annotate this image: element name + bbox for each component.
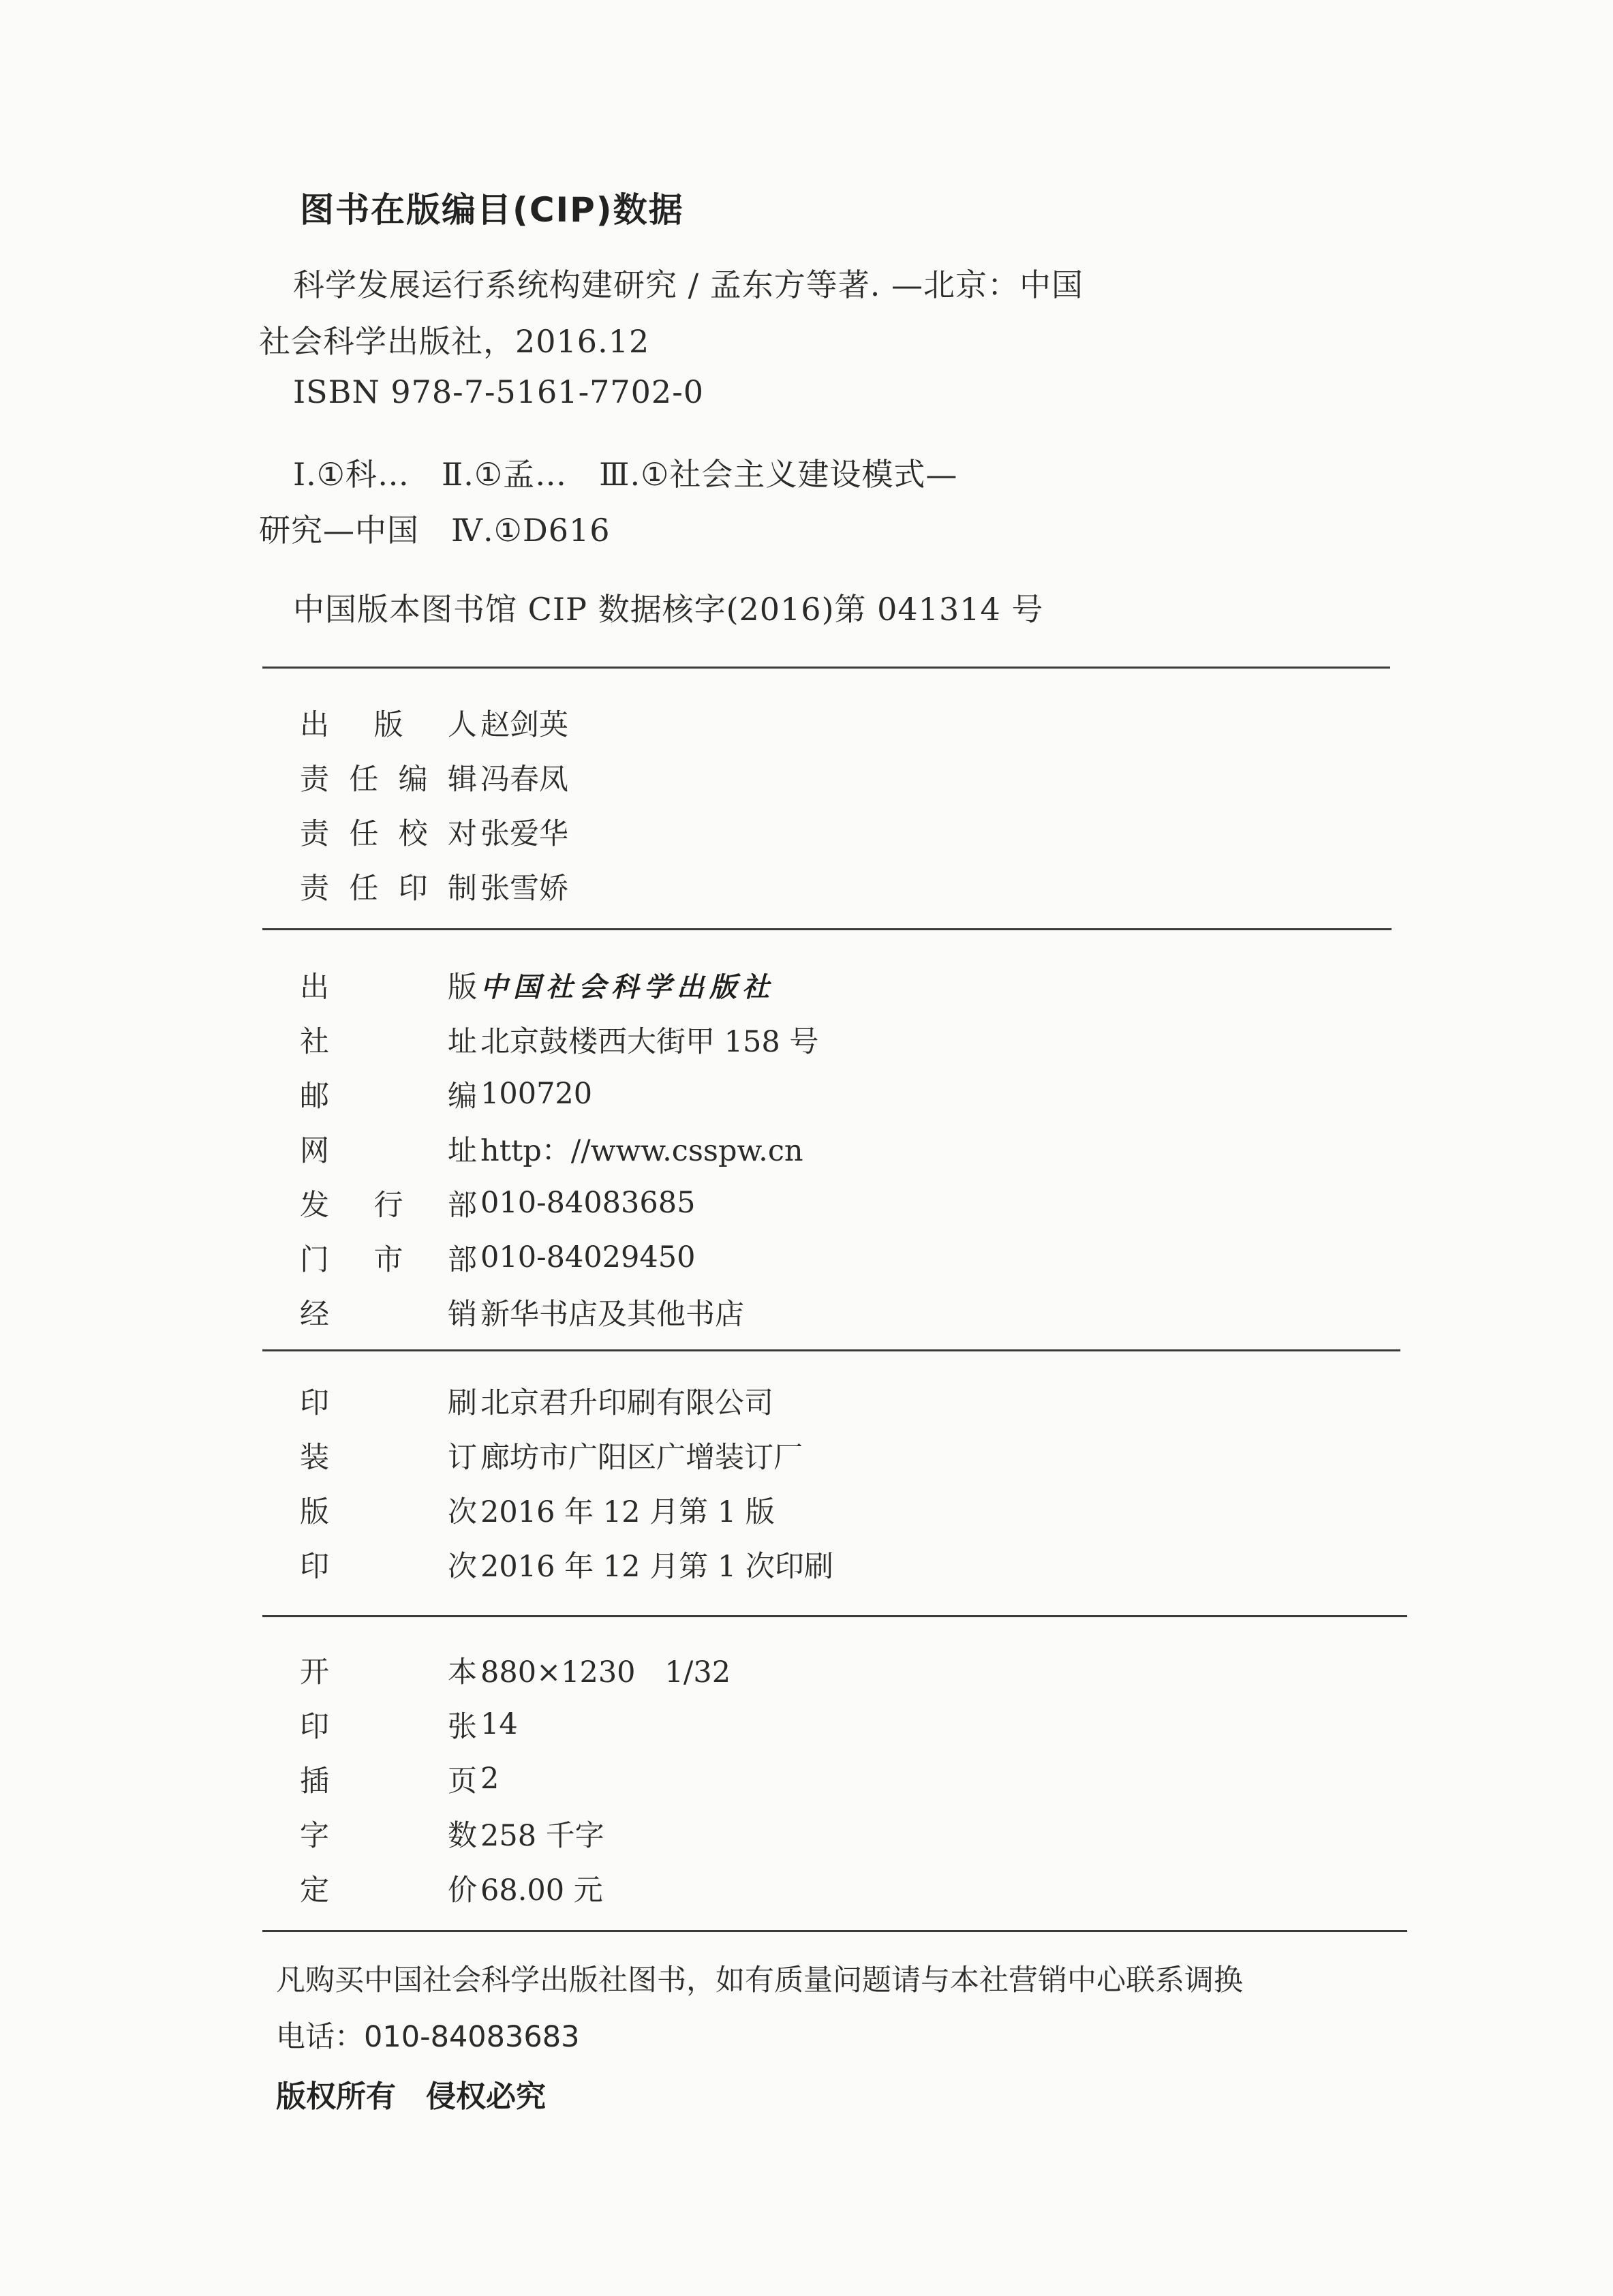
field-value: 新华书店及其他书店 (480, 1291, 744, 1333)
field-label-char: 印 (399, 866, 428, 907)
field-label: 责任编辑 (300, 756, 477, 798)
field-label: 插页 (300, 1758, 477, 1800)
cip-approval-number: 中国版本图书馆 CIP 数据核字(2016)第 041314 号 (293, 585, 1043, 630)
field-value: 北京鼓楼西大街甲 158 号 (480, 1019, 818, 1060)
publisher-info-row: 邮编100720 (300, 1073, 477, 1114)
field-label-char: 部 (448, 1182, 477, 1224)
field-label-char: 开 (300, 1649, 329, 1691)
field-label-char: 装 (300, 1435, 329, 1476)
publisher-info-row: 社址北京鼓楼西大街甲 158 号 (300, 1019, 477, 1060)
field-label-char: 数 (448, 1813, 477, 1854)
divider (262, 1349, 1400, 1351)
field-label-char: 任 (349, 756, 378, 798)
publisher-logo: 中国社会科学出版社 (480, 966, 775, 1005)
cip-isbn: ISBN 978-7-5161-7702-0 (293, 373, 704, 410)
field-value: 张爱华 (480, 811, 568, 853)
field-label-char: 门 (300, 1237, 329, 1279)
field-label-char: 制 (448, 866, 477, 907)
field-label: 邮编 (300, 1073, 477, 1115)
field-label-char: 印 (300, 1380, 329, 1422)
field-value: 廊坊市广阳区广增装订厂 (480, 1435, 803, 1476)
field-value: 赵剑英 (480, 702, 568, 744)
publisher-info-row: 出版中国社会科学出版社 (300, 964, 477, 1005)
spec-info-row: 字数258 千字 (300, 1813, 477, 1854)
field-value: 2016 年 12 月第 1 次印刷 (480, 1544, 833, 1585)
field-label-char: 次 (448, 1544, 477, 1585)
cip-title-line-1: 科学发展运行系统构建研究 / 孟东方等著. —北京：中国 (293, 260, 1084, 305)
field-label-char: 部 (448, 1237, 477, 1279)
printing-info-row: 版次2016 年 12 月第 1 版 (300, 1489, 477, 1530)
field-label: 责任印制 (300, 866, 477, 907)
spec-info-row: 插页2 (300, 1758, 477, 1799)
field-label-char: 任 (349, 811, 378, 853)
staff-row: 责任校对张爱华 (300, 811, 477, 852)
field-label-char: 销 (448, 1291, 477, 1333)
quality-notice: 凡购买中国社会科学出版社图书，如有质量问题请与本社营销中心联系调换 (276, 1957, 1243, 1999)
field-label-char: 价 (448, 1867, 477, 1909)
field-value: 2 (480, 1762, 499, 1796)
field-label: 印刷 (300, 1380, 477, 1422)
field-label-char: 刷 (448, 1380, 477, 1422)
publisher-info-row: 门市部010-84029450 (300, 1237, 477, 1278)
field-label-char: 市 (374, 1237, 403, 1279)
field-label: 开本 (300, 1649, 477, 1691)
field-label-char: 编 (399, 756, 428, 798)
divider (262, 667, 1390, 669)
field-label-char: 定 (300, 1867, 329, 1909)
field-label-char: 出 (300, 702, 329, 744)
field-value: 010-84083685 (480, 1186, 695, 1220)
spec-info-row: 定价68.00 元 (300, 1867, 477, 1908)
field-label: 印张 (300, 1704, 477, 1745)
field-label-char: 邮 (300, 1073, 329, 1115)
field-label: 装订 (300, 1435, 477, 1476)
field-label-char: 址 (448, 1128, 477, 1169)
field-label-char: 本 (448, 1649, 477, 1691)
field-label-char: 址 (448, 1019, 477, 1060)
spec-info-row: 开本880×1230 1/32 (300, 1649, 477, 1690)
printing-info-row: 印次2016 年 12 月第 1 次印刷 (300, 1544, 477, 1585)
field-label-char: 印 (300, 1544, 329, 1585)
field-label-char: 页 (448, 1758, 477, 1800)
field-label-char: 网 (300, 1128, 329, 1169)
field-value: 258 千字 (480, 1813, 604, 1854)
field-label-char: 责 (300, 756, 329, 798)
field-value: 张雪娇 (480, 866, 568, 907)
field-label-char: 张 (448, 1704, 477, 1745)
field-label: 责任校对 (300, 811, 477, 853)
field-label: 版次 (300, 1489, 477, 1531)
field-value: 880×1230 1/32 (480, 1649, 731, 1691)
field-label: 定价 (300, 1867, 477, 1909)
field-value: 北京君升印刷有限公司 (480, 1380, 773, 1422)
field-label-char: 订 (448, 1435, 477, 1476)
field-label-char: 责 (300, 866, 329, 907)
divider (262, 1615, 1407, 1617)
divider (262, 928, 1392, 930)
field-value: http：//www.csspw.cn (480, 1128, 803, 1169)
spec-info-row: 印张14 (300, 1704, 477, 1745)
field-label-char: 发 (300, 1182, 329, 1224)
field-label-char: 行 (374, 1182, 403, 1224)
printing-info-row: 印刷北京君升印刷有限公司 (300, 1380, 477, 1421)
staff-row: 责任编辑冯春凤 (300, 756, 477, 797)
field-label-char: 版 (448, 964, 477, 1006)
field-label-char: 插 (300, 1758, 329, 1800)
field-label: 印次 (300, 1544, 477, 1585)
field-label: 字数 (300, 1813, 477, 1854)
field-label: 网址 (300, 1128, 477, 1169)
field-value: 14 (480, 1707, 518, 1741)
field-value: 68.00 元 (480, 1867, 603, 1909)
field-value: 100720 (480, 1077, 592, 1111)
field-label-char: 责 (300, 811, 329, 853)
field-label-char: 版 (300, 1489, 329, 1531)
cip-classification-line-2: 研究—中国 Ⅳ.①D616 (259, 506, 611, 551)
field-label: 门市部 (300, 1237, 477, 1279)
publisher-info-row: 经销新华书店及其他书店 (300, 1291, 477, 1332)
cip-classification-line-1: Ⅰ.①科… Ⅱ.①孟… Ⅲ.①社会主义建设模式— (293, 450, 957, 495)
divider (262, 1930, 1407, 1932)
publisher-info-row: 网址http：//www.csspw.cn (300, 1128, 477, 1169)
staff-row: 出版人赵剑英 (300, 702, 477, 743)
staff-row: 责任印制张雪娇 (300, 866, 477, 906)
publisher-info-row: 发行部010-84083685 (300, 1182, 477, 1223)
field-label-char: 社 (300, 1019, 329, 1060)
field-label-char: 辑 (448, 756, 477, 798)
field-label-char: 次 (448, 1489, 477, 1531)
printing-info-row: 装订廊坊市广阳区广增装订厂 (300, 1435, 477, 1475)
field-label-char: 对 (448, 811, 477, 853)
field-label-char: 校 (399, 811, 428, 853)
field-label: 发行部 (300, 1182, 477, 1224)
field-label-char: 印 (300, 1704, 329, 1745)
field-label: 出版 (300, 964, 477, 1006)
field-label-char: 出 (300, 964, 329, 1006)
cip-heading: 图书在版编目(CIP)数据 (300, 183, 684, 232)
field-label-char: 经 (300, 1291, 329, 1333)
field-label-char: 版 (374, 702, 403, 744)
field-label-char: 人 (448, 702, 477, 744)
field-value: 冯春凤 (480, 756, 568, 798)
field-label-char: 任 (349, 866, 378, 907)
cip-title-line-2: 社会科学出版社，2016.12 (259, 317, 649, 362)
field-label: 经销 (300, 1291, 477, 1333)
field-label: 出版人 (300, 702, 477, 744)
copyright-notice: 版权所有 侵权必究 (276, 2072, 546, 2115)
field-value: 2016 年 12 月第 1 版 (480, 1489, 775, 1531)
field-label: 社址 (300, 1019, 477, 1060)
field-label-char: 字 (300, 1813, 329, 1854)
field-label-char: 编 (448, 1073, 477, 1115)
field-value: 010-84029450 (480, 1240, 695, 1274)
service-phone: 电话：010-84083683 (276, 2014, 579, 2055)
